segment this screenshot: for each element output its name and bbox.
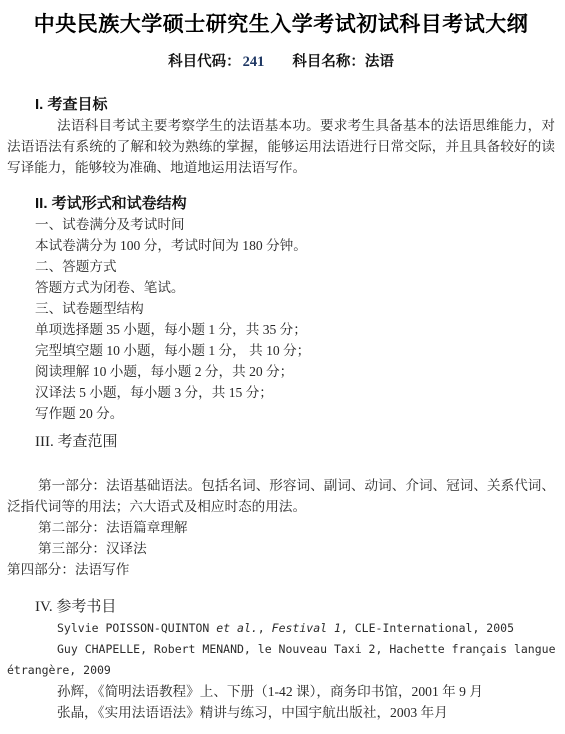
section-3-heading: III. 考查范围: [35, 432, 555, 453]
reference-book-title: Festival 1: [272, 621, 341, 635]
subject-code-value: 241: [241, 54, 267, 70]
section-3-body: 第一部分：法语基础语法。包括名词、形容词、副词、动词、介词、冠词、关系代词、 泛…: [7, 475, 555, 580]
exam-scope-part-1-line-2: 泛指代词等的用法；六大语式及相应时态的用法。: [7, 496, 555, 517]
text-line: 汉译法 5 小题，每小题 3 分，共 15 分；: [35, 382, 555, 403]
reference-entry-2-line-1: Guy CHAPELLE, Robert MENAND, le Nouveau …: [7, 639, 555, 660]
exam-scope-part-4: 第四部分：法语写作: [7, 559, 555, 580]
text-line: 完型填空题 10 小题，每小题 1 分， 共 10 分；: [35, 340, 555, 361]
text-line: 二、答题方式: [35, 256, 555, 277]
text-line: 一、试卷满分及考试时间: [35, 214, 555, 235]
reference-entry-2-line-2: étrangère, 2009: [7, 660, 555, 681]
section-2-heading: II. 考试形式和试卷结构: [35, 193, 555, 214]
text-line: 三、试卷题型结构: [35, 298, 555, 319]
text-line: 阅读理解 10 小题，每小题 2 分，共 20 分；: [35, 361, 555, 382]
text-line: 单项选择题 35 小题，每小题 1 分，共 35 分；: [35, 319, 555, 340]
reference-entry-3: 孙辉，《简明法语教程》上、下册（1-42 课），商务印书馆，2001 年 9 月: [7, 681, 555, 702]
reference-separator: ,: [258, 621, 272, 635]
exam-scope-part-2: 第二部分：法语篇章理解: [7, 517, 555, 538]
paragraph-line: 写译能力，能够较为准确、地道地运用法语写作。: [7, 157, 555, 178]
text-line: 答题方式为闭卷、笔试。: [35, 277, 555, 298]
reference-entry-1: Sylvie POISSON-QUINTON et al., Festival …: [7, 618, 555, 639]
document-page: 中央民族大学硕士研究生入学考试初试科目考试大纲 科目代码：241科目名称：法语 …: [0, 0, 565, 734]
section-1-heading: I. 考查目标: [35, 94, 555, 115]
section-1-paragraph: 法语科目考试主要考察学生的法语基本功。要求考生具备基本的法语思维能力，对 法语语…: [7, 115, 555, 178]
subtitle-row: 科目代码：241科目名称：法语: [7, 53, 555, 71]
reference-list: Sylvie POISSON-QUINTON et al., Festival …: [7, 618, 555, 723]
text-line: 写作题 20 分。: [35, 403, 555, 424]
reference-entry-4: 张晶，《实用法语语法》精讲与练习，中国宇航出版社，2003 年月: [7, 702, 555, 723]
page-title: 中央民族大学硕士研究生入学考试初试科目考试大纲: [7, 10, 555, 40]
reference-et-al: et al.: [216, 621, 258, 635]
exam-scope-part-1-line-1: 第一部分：法语基础语法。包括名词、形容词、副词、动词、介词、冠词、关系代词、: [7, 475, 555, 496]
section-2-lines: 一、试卷满分及考试时间 本试卷满分为 100 分，考试时间为 180 分钟。 二…: [7, 214, 555, 424]
paragraph-line: 法语科目考试主要考察学生的法语基本功。要求考生具备基本的法语思维能力，对: [7, 115, 555, 136]
reference-publisher-year: , CLE-International, 2005: [341, 621, 514, 635]
exam-scope-part-3: 第三部分：汉译法: [7, 538, 555, 559]
paragraph-line: 法语语法有系统的了解和较为熟练的掌握，能够运用法语进行日常交际，并且具备较好的读: [7, 136, 555, 157]
subject-name-value: 法语: [365, 54, 394, 70]
subject-name-label: 科目名称：: [292, 54, 365, 70]
subject-code-label: 科目代码：: [168, 54, 241, 70]
text-line: 本试卷满分为 100 分，考试时间为 180 分钟。: [35, 235, 555, 256]
section-4-heading: IV. 参考书目: [35, 597, 555, 618]
reference-author: Sylvie POISSON-QUINTON: [57, 621, 216, 635]
